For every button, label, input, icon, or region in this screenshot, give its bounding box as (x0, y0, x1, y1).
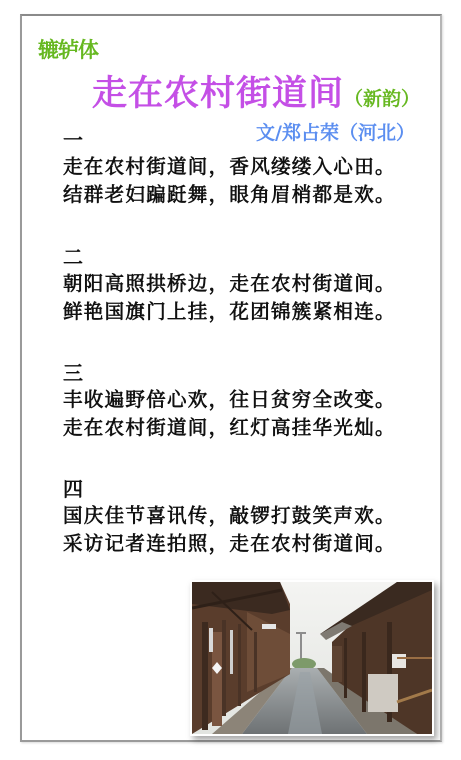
title-row: 走在农村街道间（新韵） (92, 66, 420, 116)
village-street-photo (190, 580, 434, 736)
poem-subtitle: （新韵） (344, 88, 420, 110)
stanza-4-line-2: 采访记者连拍照，走在农村街道间。 (63, 528, 396, 556)
stanza-1-line-2: 结群老妇蹁跹舞，眼角眉梢都是欢。 (63, 179, 396, 207)
poem-title: 走在农村街道间 (92, 74, 344, 114)
stanza-number-2: 二 (63, 241, 83, 270)
stanza-2-line-2: 鲜艳国旗门上挂，花团锦簇紧相连。 (63, 296, 396, 324)
stanza-3-line-1: 丰收遍野倍心欢，往日贫穷全改变。 (63, 384, 396, 412)
street-scene-illustration (192, 582, 432, 734)
stanza-number-3: 三 (63, 357, 83, 386)
stanza-4-line-1: 国庆佳节喜讯传，敲锣打鼓笑声欢。 (63, 500, 396, 528)
stanza-number-4: 四 (63, 473, 83, 502)
stanza-2-line-1: 朝阳高照拱桥边，走在农村街道间。 (63, 268, 396, 296)
stanza-number-1: 一 (63, 124, 83, 153)
stanza-1-line-1: 走在农村街道间，香风缕缕入心田。 (63, 151, 396, 179)
stanza-3-line-2: 走在农村街道间，红灯高挂华光灿。 (63, 412, 396, 440)
author-line: 文/郑占荣（河北） (256, 118, 415, 145)
genre-label: 辘轳体 (38, 34, 98, 64)
